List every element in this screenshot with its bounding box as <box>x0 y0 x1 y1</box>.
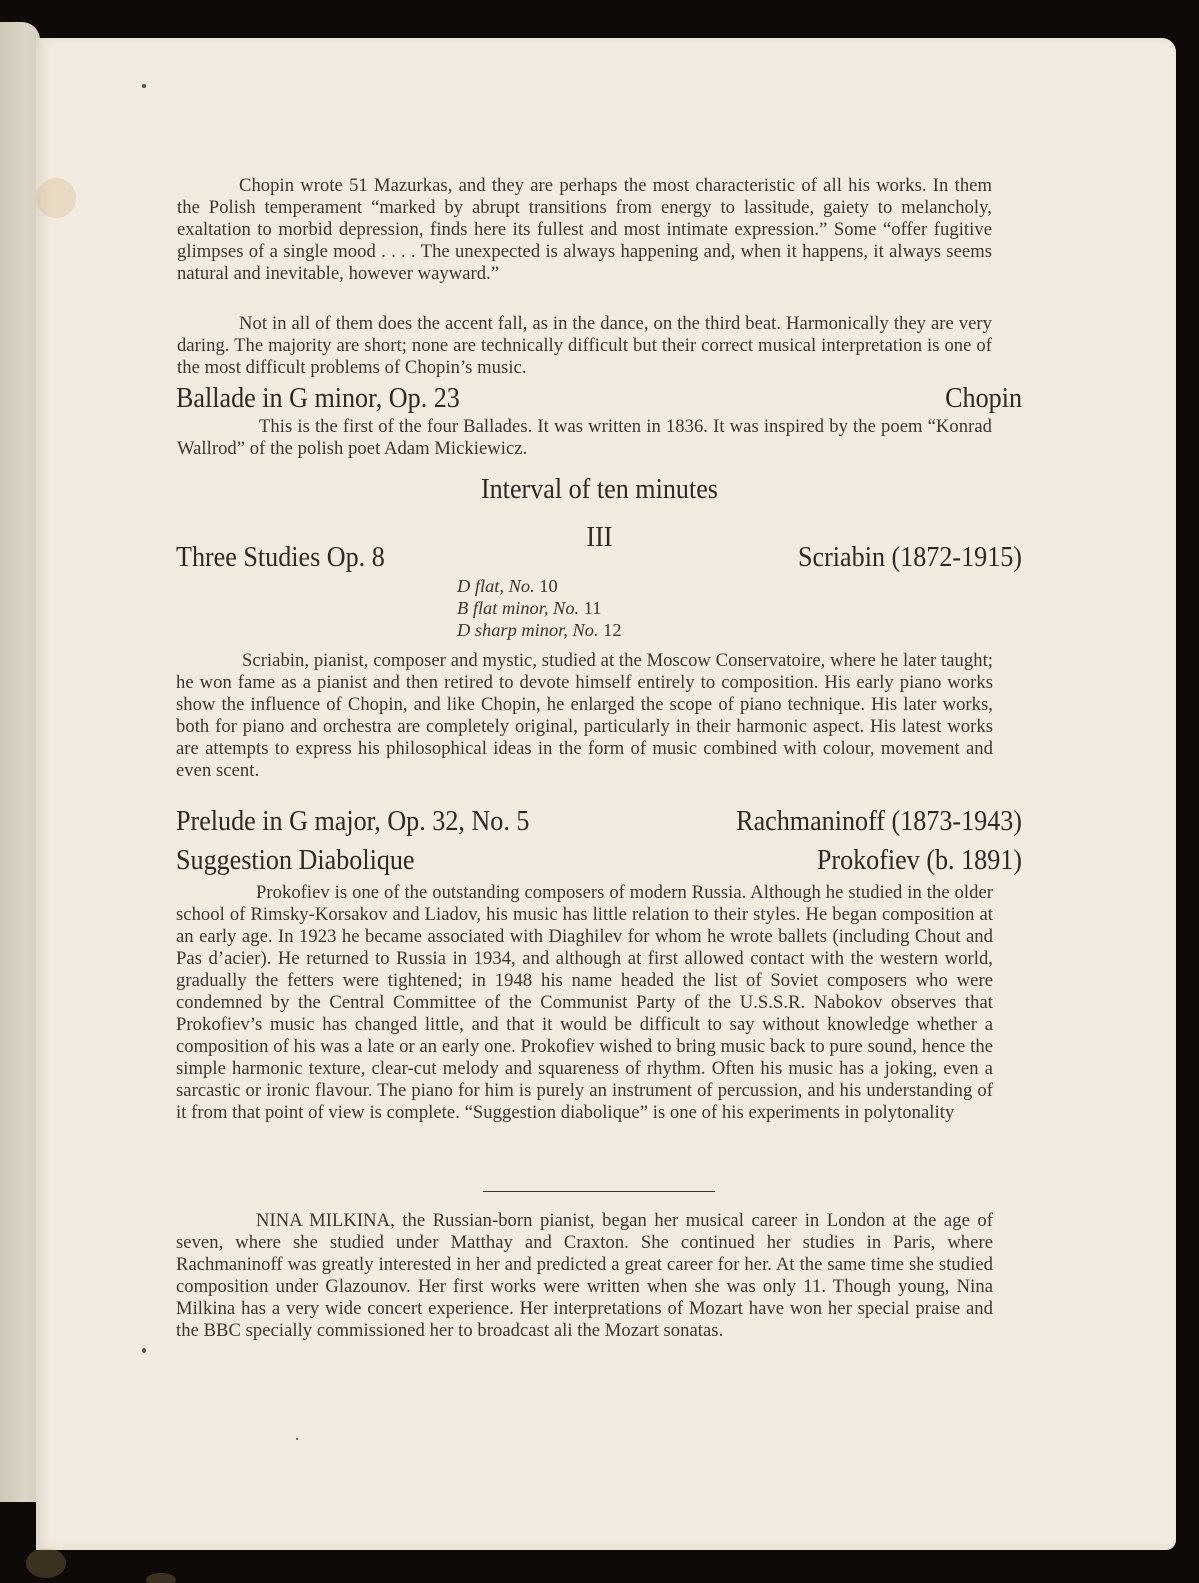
mazurkas-paragraph-1: Chopin wrote 51 Mazurkas, and they are p… <box>177 175 992 285</box>
study-item: D sharp minor, No. 12 <box>457 619 622 641</box>
study-item: D flat, No. 10 <box>457 575 622 597</box>
mazurkas-paragraph-2: Not in all of them does the accent fall,… <box>177 313 992 379</box>
section-divider <box>483 1191 715 1192</box>
performer-biography: NINA MILKINA, the Russian-born pianist, … <box>176 1210 993 1342</box>
page-content: Chopin wrote 51 Mazurkas, and they are p… <box>0 0 1199 1583</box>
interval-heading: Interval of ten minutes <box>60 472 1139 506</box>
paragraph-text: NINA MILKINA, the Russian-born pianist, … <box>176 1210 993 1341</box>
composer-name: Rachmaninoff (1873-1943) <box>736 804 1022 838</box>
composer-name: Prokofiev (b. 1891) <box>817 843 1022 877</box>
rachmaninoff-heading: Prelude in G major, Op. 32, No. 5 Rachma… <box>176 804 1022 838</box>
composer-name: Scriabin (1872-1915) <box>798 540 1022 574</box>
piece-title: Ballade in G minor, Op. 23 <box>176 381 460 415</box>
ballade-heading: Ballade in G minor, Op. 23 Chopin <box>176 381 1022 415</box>
scriabin-heading: Three Studies Op. 8 Scriabin (1872-1915) <box>176 540 1022 574</box>
paragraph-text: Chopin wrote 51 Mazurkas, and they are p… <box>177 175 992 284</box>
study-item: B flat minor, No. 11 <box>457 597 622 619</box>
paragraph-text: Not in all of them does the accent fall,… <box>177 313 992 378</box>
studies-list: D flat, No. 10 B flat minor, No. 11 D sh… <box>457 575 622 641</box>
prokofiev-heading: Suggestion Diabolique Prokofiev (b. 1891… <box>176 843 1022 877</box>
prokofiev-description: Prokofiev is one of the outstanding comp… <box>176 882 993 1124</box>
study-key: D flat, No. <box>457 576 535 596</box>
paragraph-text: Scriabin, pianist, composer and mystic, … <box>176 650 993 781</box>
study-number: 10 <box>539 576 557 596</box>
paragraph-text: Prokofiev is one of the outstanding comp… <box>176 882 993 1123</box>
paragraph-text: This is the first of the four Ballades. … <box>177 416 992 459</box>
piece-title: Three Studies Op. 8 <box>176 540 385 574</box>
study-number: 11 <box>584 598 602 618</box>
study-key: B flat minor, No. <box>457 598 579 618</box>
piece-title: Prelude in G major, Op. 32, No. 5 <box>176 804 529 838</box>
ballade-description: This is the first of the four Ballades. … <box>177 416 992 460</box>
scriabin-description: Scriabin, pianist, composer and mystic, … <box>176 650 993 782</box>
composer-name: Chopin <box>945 381 1022 415</box>
piece-title: Suggestion Diabolique <box>176 843 415 877</box>
study-key: D sharp minor, No. <box>457 620 599 640</box>
study-number: 12 <box>603 620 621 640</box>
